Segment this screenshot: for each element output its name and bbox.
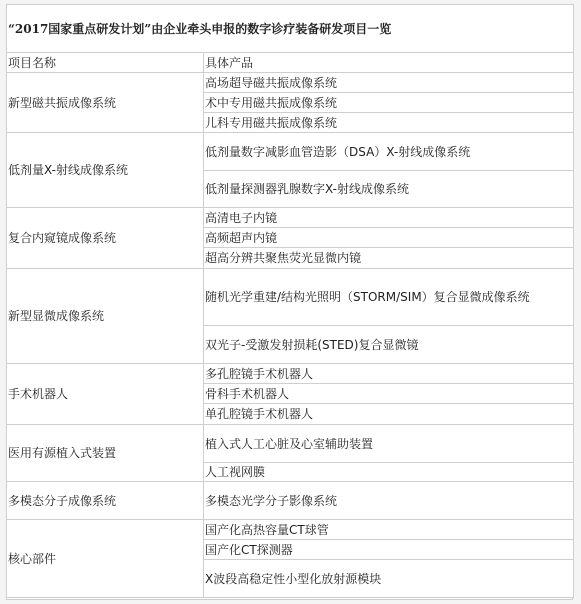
product-item: 人工视网膜 bbox=[204, 463, 574, 482]
column-header-project: 项目名称 bbox=[7, 53, 204, 73]
table-row: 新型显微成像系统 随机光学重建/结构光照明（STORM/SIM）复合显微成像系统 bbox=[7, 269, 574, 326]
product-item: 高频超声内镜 bbox=[204, 228, 574, 248]
project-name: 低剂量X-射线成像系统 bbox=[7, 133, 204, 208]
projects-table: “2017国家重点研发计划”由企业牵头申报的数字诊疗装备研发项目一览 项目名称 … bbox=[6, 4, 574, 598]
table-row: 手术机器人 多孔腔镜手术机器人 bbox=[7, 364, 574, 384]
project-name: 复合内窥镜成像系统 bbox=[7, 208, 204, 269]
product-item: 国产化高热容量CT球管 bbox=[204, 520, 574, 540]
project-name: 医用有源植入式装置 bbox=[7, 425, 204, 482]
column-header-products: 具体产品 bbox=[204, 53, 574, 73]
table-row: 多模态分子成像系统 多模态光学分子影像系统 bbox=[7, 482, 574, 520]
table-row: 低剂量X-射线成像系统 低剂量数字减影血管造影（DSA）X-射线成像系统 bbox=[7, 133, 574, 171]
product-item: 单孔腔镜手术机器人 bbox=[204, 404, 574, 425]
product-item: 随机光学重建/结构光照明（STORM/SIM）复合显微成像系统 bbox=[204, 269, 574, 326]
project-name: 手术机器人 bbox=[7, 364, 204, 425]
product-item: 骨科手术机器人 bbox=[204, 384, 574, 404]
project-name: 新型显微成像系统 bbox=[7, 269, 204, 364]
product-item: X波段高稳定性小型化放射源模块 bbox=[204, 560, 574, 598]
project-name: 核心部件 bbox=[7, 520, 204, 598]
product-item: 高场超导磁共振成像系统 bbox=[204, 73, 574, 93]
product-item: 儿科专用磁共振成像系统 bbox=[204, 113, 574, 133]
table-row: 复合内窥镜成像系统 高清电子内镜 bbox=[7, 208, 574, 228]
project-name: 新型磁共振成像系统 bbox=[7, 73, 204, 133]
product-item: 双光子-受激发射损耗(STED)复合显微镜 bbox=[204, 326, 574, 364]
product-item: 低剂量探测器乳腺数字X-射线成像系统 bbox=[204, 171, 574, 208]
product-item: 术中专用磁共振成像系统 bbox=[204, 93, 574, 113]
product-item: 多模态光学分子影像系统 bbox=[204, 482, 574, 520]
title-row: “2017国家重点研发计划”由企业牵头申报的数字诊疗装备研发项目一览 bbox=[7, 5, 574, 53]
product-item: 植入式人工心脏及心室辅助装置 bbox=[204, 425, 574, 463]
table-row: 核心部件 国产化高热容量CT球管 bbox=[7, 520, 574, 540]
page-title: “2017国家重点研发计划”由企业牵头申报的数字诊疗装备研发项目一览 bbox=[7, 5, 574, 53]
project-name: 多模态分子成像系统 bbox=[7, 482, 204, 520]
product-item: 超高分辨共聚焦荧光显微内镜 bbox=[204, 248, 574, 269]
product-item: 低剂量数字减影血管造影（DSA）X-射线成像系统 bbox=[204, 133, 574, 171]
product-item: 国产化CT探测器 bbox=[204, 540, 574, 560]
table-row: 新型磁共振成像系统 高场超导磁共振成像系统 bbox=[7, 73, 574, 93]
header-row: 项目名称 具体产品 bbox=[7, 53, 574, 73]
product-item: 高清电子内镜 bbox=[204, 208, 574, 228]
product-item: 多孔腔镜手术机器人 bbox=[204, 364, 574, 384]
table-row: 医用有源植入式装置 植入式人工心脏及心室辅助装置 bbox=[7, 425, 574, 463]
